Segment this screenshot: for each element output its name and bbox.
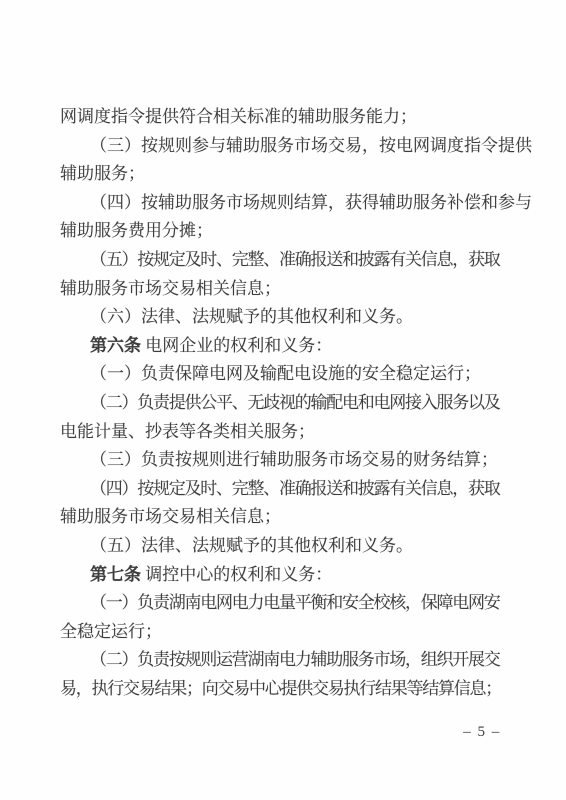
text-line: 辅助服务市场交易相关信息； [60, 503, 502, 532]
text-segment: 辅助服务市场交易相关信息； [60, 279, 281, 298]
text-line: 辅助服务市场交易相关信息； [60, 275, 502, 304]
text-line: （五）法律、法规赋予的其他权利和义务。 [60, 532, 502, 561]
text-line: 电能计量、抄表等各类相关服务； [60, 418, 502, 447]
text-segment: （五）法律、法规赋予的其他权利和义务。 [90, 536, 413, 555]
text-line: （二）负责提供公平、无歧视的输配电和电网接入服务以及 [60, 389, 502, 418]
text-segment: 调控中心的权利和义务： [141, 565, 332, 584]
article-number: 第六条 [90, 336, 141, 355]
text-line: （四）按规定及时、完整、准确报送和披露有关信息，获取 [60, 475, 502, 504]
text-segment: （五）按规定及时、完整、准确报送和披露有关信息，获取 [90, 250, 500, 269]
article-number: 第七条 [90, 565, 141, 584]
text-line: 第七条 调控中心的权利和义务： [60, 561, 502, 590]
text-line: （一）负责湖南电网电力电量平衡和安全校核，保障电网安 [60, 589, 502, 618]
text-segment: （一）负责湖南电网电力电量平衡和安全校核，保障电网安 [90, 593, 500, 612]
text-segment: 辅助服务费用分摊； [60, 221, 213, 240]
text-segment: 辅助服务； [60, 164, 145, 183]
text-segment: （二）负责提供公平、无歧视的输配电和电网接入服务以及 [90, 393, 500, 412]
document-page: 网调度指令提供符合相关标准的辅助服务能力；（三）按规则参与辅助服务市场交易，按电… [0, 0, 566, 800]
page-number: – 5 – [452, 722, 512, 742]
text-segment: 辅助服务市场交易相关信息； [60, 507, 281, 526]
text-segment: （一）负责保障电网及输配电设施的安全稳定运行； [90, 364, 481, 383]
text-segment: （二）负责按规则运营湖南电力辅助服务市场，组织开展交 [90, 650, 500, 669]
text-segment: 易，执行交易结果；向交易中心提供交易执行结果等结算信息； [60, 679, 501, 698]
text-segment: （六）法律、法规赋予的其他权利和义务。 [90, 307, 413, 326]
text-line: 全稳定运行； [60, 618, 502, 647]
text-line: （一）负责保障电网及输配电设施的安全稳定运行； [60, 360, 502, 389]
text-line: 网调度指令提供符合相关标准的辅助服务能力； [60, 103, 502, 132]
text-line: （二）负责按规则运营湖南电力辅助服务市场，组织开展交 [60, 646, 502, 675]
text-segment: （三）负责按规则进行辅助服务市场交易的财务结算； [90, 450, 498, 469]
text-segment: （四）按辅助服务市场规则结算，获得辅助服务补偿和参与 [90, 193, 532, 212]
text-segment: 电网企业的权利和义务： [141, 336, 332, 355]
text-line: 辅助服务； [60, 160, 502, 189]
text-line: （三）负责按规则进行辅助服务市场交易的财务结算； [60, 446, 502, 475]
text-line: 易，执行交易结果；向交易中心提供交易执行结果等结算信息； [60, 675, 502, 704]
text-segment: （三）按规则参与辅助服务市场交易，按电网调度指令提供 [90, 136, 532, 155]
text-line: 第六条 电网企业的权利和义务： [60, 332, 502, 361]
text-segment: 电能计量、抄表等各类相关服务； [60, 422, 315, 441]
text-line: 辅助服务费用分摊； [60, 217, 502, 246]
text-line: （三）按规则参与辅助服务市场交易，按电网调度指令提供 [60, 132, 502, 161]
text-segment: （四）按规定及时、完整、准确报送和披露有关信息，获取 [90, 479, 500, 498]
text-line: （四）按辅助服务市场规则结算，获得辅助服务补偿和参与 [60, 189, 502, 218]
text-line: （五）按规定及时、完整、准确报送和披露有关信息，获取 [60, 246, 502, 275]
document-body: 网调度指令提供符合相关标准的辅助服务能力；（三）按规则参与辅助服务市场交易，按电… [60, 103, 502, 703]
text-line: （六）法律、法规赋予的其他权利和义务。 [60, 303, 502, 332]
text-segment: 网调度指令提供符合相关标准的辅助服务能力； [60, 107, 417, 126]
text-segment: 全稳定运行； [60, 622, 162, 641]
